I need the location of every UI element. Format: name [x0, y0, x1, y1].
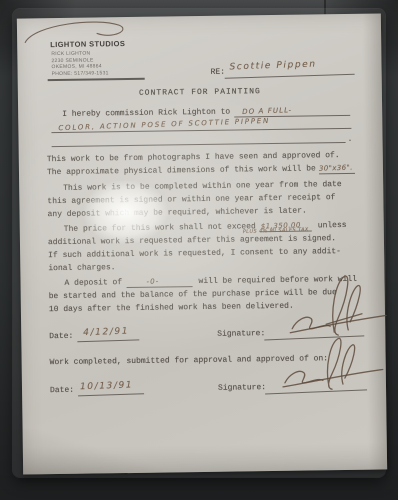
signature-label-2: Signature:: [218, 383, 266, 394]
document-title: CONTRACT FOR PAINTING: [18, 85, 382, 100]
re-label: RE:: [211, 68, 226, 78]
deposit-line-1: A deposit of: [64, 278, 122, 289]
signature-scrawl-1: [285, 271, 391, 344]
commission-period: .: [347, 135, 352, 145]
completion-line-3: any deposit which may be required, which…: [48, 207, 307, 221]
photos-line-2: The approximate physical dimensions of t…: [47, 164, 316, 178]
blank-line: [319, 173, 355, 175]
price-line-3: If such additional work is requested, I …: [48, 247, 341, 261]
deposit-amount-handwritten: -0-: [146, 277, 159, 285]
price-line-2: additional work is requested after this …: [48, 234, 336, 248]
date-blank-line: [78, 393, 144, 396]
signature-label-1: Signature:: [217, 329, 265, 340]
letterhead-studio-name: LIGHTON STUDIOS: [50, 39, 125, 49]
paper-fold-shadow: [23, 427, 164, 475]
price-line-1: The price for this work shall not exceed: [64, 222, 256, 235]
blank-line: [127, 286, 193, 288]
letterhead-phone: PHONE: 517/349-1531: [52, 70, 109, 77]
re-handwritten-name: Scottie Pippen: [229, 59, 316, 72]
blank-line: [52, 142, 346, 147]
letterhead-rule: [48, 78, 145, 81]
photos-line-1: This work to be from photographs I have …: [47, 151, 340, 165]
deposit-line-3: 10 days after the finished work has been…: [49, 302, 294, 315]
re-blank-line: [225, 74, 355, 79]
date-value-2-handwritten: 10/13/91: [80, 380, 134, 392]
price-unless: unless: [318, 221, 347, 231]
completion-line-2: this agreement is signed or within one y…: [47, 193, 335, 207]
commission-handwritten-1: DO A FULL-: [242, 106, 292, 116]
photo-background: LIGHTON STUDIOS RICK LIGHTON 2230 SEMINO…: [0, 0, 398, 500]
completion-line-1: This work is to be completed within one …: [63, 180, 342, 194]
dimensions-handwritten: 30"x36".: [319, 164, 353, 173]
date-label-2: Date:: [50, 386, 74, 396]
signature-scrawl-2: [276, 335, 389, 399]
date-label-1: Date:: [49, 332, 73, 342]
price-line-4: ional charges.: [48, 263, 115, 274]
contract-document: LIGHTON STUDIOS RICK LIGHTON 2230 SEMINO…: [17, 13, 387, 474]
date-blank-line: [77, 339, 139, 342]
date-value-1-handwritten: 4/12/91: [83, 327, 129, 339]
letterhead-contact-name: RICK LIGHTON: [51, 51, 90, 58]
